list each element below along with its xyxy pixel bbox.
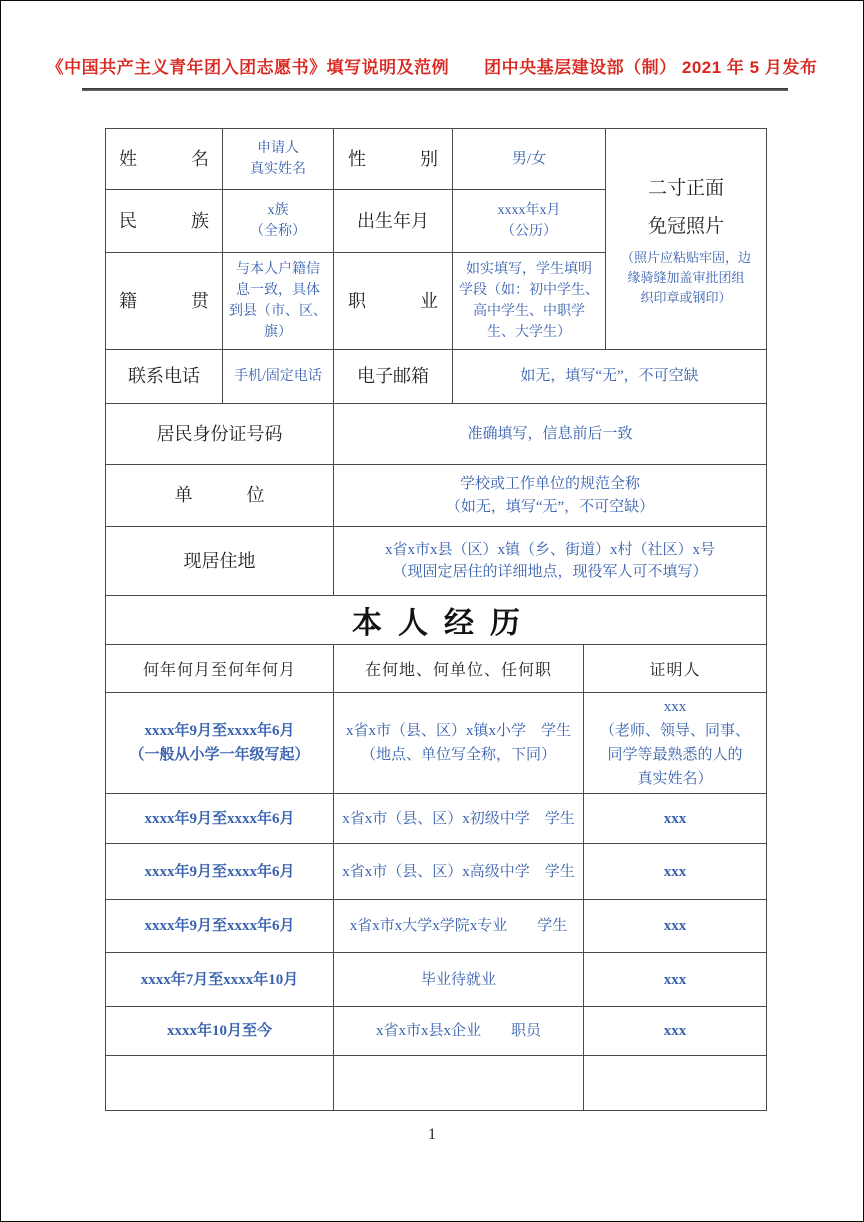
name-value: 申请人 真实姓名: [223, 129, 334, 190]
experience-period: xxxx年9月至xxxx年6月: [106, 900, 334, 953]
experience-witness: [584, 1056, 767, 1111]
experience-period: xxxx年9月至xxxx年6月: [106, 844, 334, 900]
experience-section-row: 本人经历: [106, 596, 767, 645]
gender-value: 男/女: [453, 129, 606, 190]
experience-place: x省x市x大学x学院x专业 学生: [334, 900, 584, 953]
unit-value: 学校或工作单位的规范全称 （如无，填写“无”，不可空缺）: [334, 465, 767, 527]
birth-label: 出生年月: [334, 190, 453, 253]
experience-row: xxxx年9月至xxxx年6月 x省x市x大学x学院x专业 学生 xxx: [106, 900, 767, 953]
experience-period: xxxx年9月至xxxx年6月 （一般从小学一年级写起）: [106, 693, 334, 794]
phone-label: 联系电话: [106, 350, 223, 404]
experience-place: x省x市（县、区）x镇x小学 学生 （地点、单位写全称，下同）: [334, 693, 584, 794]
experience-witness: xxx: [584, 953, 767, 1007]
experience-place: x省x市（县、区）x高级中学 学生: [334, 844, 584, 900]
experience-place: 毕业待就业: [334, 953, 584, 1007]
experience-row: xxxx年9月至xxxx年6月 x省x市（县、区）x初级中学 学生 xxx: [106, 794, 767, 844]
ethnicity-label: 民 族: [106, 190, 223, 253]
experience-row: xxxx年10月至今 x省x市x县x企业 职员 xxx: [106, 1007, 767, 1056]
gender-label: 性 别: [334, 129, 453, 190]
experience-header-period: 何年何月至何年何月: [106, 645, 334, 693]
experience-header-witness: 证明人: [584, 645, 767, 693]
native-place-value: 与本人户籍信 息一致，具体 到县（市、区、 旗）: [223, 253, 334, 350]
experience-row-empty: [106, 1056, 767, 1111]
header-divider-line: [82, 88, 788, 91]
name-label: 姓 名: [106, 129, 223, 190]
residence-label: 现居住地: [106, 527, 334, 596]
email-label: 电子邮箱: [334, 350, 453, 404]
experience-witness: xxx: [584, 844, 767, 900]
application-form-table: 姓 名 申请人 真实姓名 性 别 男/女 二寸正面 免冠照片 （照片应粘贴牢固，…: [105, 128, 767, 1111]
ethnicity-value: x族 （全称）: [223, 190, 334, 253]
id-number-label: 居民身份证号码: [106, 404, 334, 465]
photo-title: 二寸正面 免冠照片: [609, 170, 763, 246]
residence-value: x省x市x县（区）x镇（乡、街道）x村（社区）x号 （现固定居住的详细地点，现役…: [334, 527, 767, 596]
email-value: 如无，填写“无”，不可空缺: [453, 350, 767, 404]
experience-row: xxxx年9月至xxxx年6月 x省x市（县、区）x高级中学 学生 xxx: [106, 844, 767, 900]
experience-period: xxxx年7月至xxxx年10月: [106, 953, 334, 1007]
photo-box: 二寸正面 免冠照片 （照片应粘贴牢固，边 缘骑缝加盖审批团组 织印章或钢印）: [606, 129, 767, 350]
page-number: 1: [1, 1126, 863, 1144]
experience-place: x省x市（县、区）x初级中学 学生: [334, 794, 584, 844]
native-place-label: 籍 贯: [106, 253, 223, 350]
experience-row: xxxx年9月至xxxx年6月 （一般从小学一年级写起） x省x市（县、区）x镇…: [106, 693, 767, 794]
experience-period: xxxx年9月至xxxx年6月: [106, 794, 334, 844]
experience-place: x省x市x县x企业 职员: [334, 1007, 584, 1056]
experience-header-place: 在何地、何单位、任何职: [334, 645, 584, 693]
experience-section-title: 本人经历: [352, 598, 536, 642]
experience-witness: xxx: [584, 1007, 767, 1056]
occupation-value: 如实填写，学生填明 学段（如：初中学生、 高中学生、中职学 生、大学生）: [453, 253, 606, 350]
experience-place: [334, 1056, 584, 1111]
document-title: 《中国共产主义青年团入团志愿书》填写说明及范例 团中央基层建设部（制） 2021…: [1, 53, 863, 78]
experience-witness: xxx: [584, 794, 767, 844]
experience-witness: xxx （老师、领导、同事、 同学等最熟悉的人的 真实姓名）: [584, 693, 767, 794]
experience-row: xxxx年7月至xxxx年10月 毕业待就业 xxx: [106, 953, 767, 1007]
birth-value: xxxx年x月 （公历）: [453, 190, 606, 253]
unit-label: 单 位: [106, 465, 334, 527]
experience-period: [106, 1056, 334, 1111]
experience-period: xxxx年10月至今: [106, 1007, 334, 1056]
photo-note: （照片应粘贴牢固，边 缘骑缝加盖审批团组 织印章或钢印）: [609, 248, 763, 308]
experience-witness: xxx: [584, 900, 767, 953]
occupation-label: 职 业: [334, 253, 453, 350]
document-page: 《中国共产主义青年团入团志愿书》填写说明及范例 团中央基层建设部（制） 2021…: [0, 0, 864, 1222]
phone-value: 手机/固定电话: [223, 350, 334, 404]
id-number-value: 准确填写，信息前后一致: [334, 404, 767, 465]
